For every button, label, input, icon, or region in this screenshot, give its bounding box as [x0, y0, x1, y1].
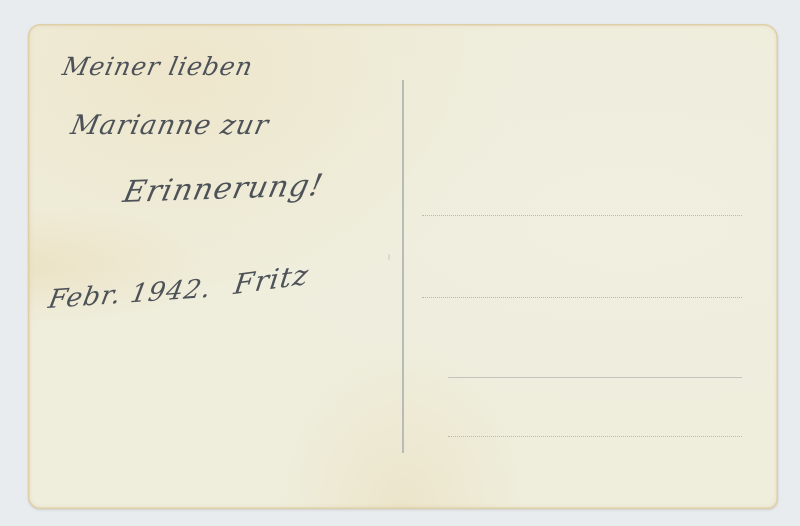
handwriting-line-1: Meiner lieben — [60, 52, 256, 81]
printer-mark: ~ — [385, 253, 395, 261]
address-line-1 — [422, 215, 742, 216]
address-line-4 — [448, 436, 742, 437]
address-line-2 — [422, 297, 742, 298]
handwriting-line-2: Marianne zur — [68, 110, 272, 141]
handwriting-line-3: Erinnerung! — [120, 168, 327, 210]
center-divider-line — [402, 80, 404, 453]
address-line-3 — [448, 377, 742, 378]
